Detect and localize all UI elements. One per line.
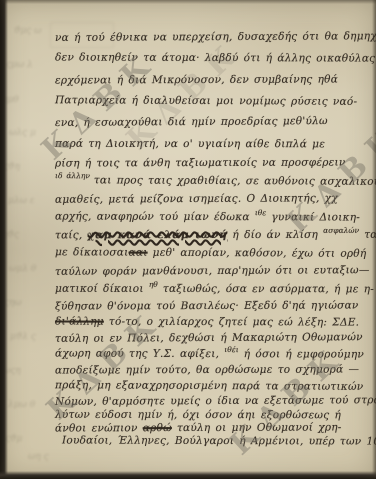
handwritten-text: ή όσοι ή εμφορούμην — [239, 348, 364, 360]
manuscript-line: αποδείξωμε ημίν τούτο, θα ορθώσωμε το σχ… — [55, 363, 359, 376]
manuscript-line: ενα, ή εσωαχούθαι διά ημίν προεδρίας μεθ… — [55, 115, 328, 129]
handwritten-text: Πατριαρχεία ή διαλυθείσαι μοι νομίμως ρύ… — [55, 94, 357, 108]
handwritten-text: ταξιωθώς, όσα εν ασύρματα, ή με η- — [158, 283, 374, 295]
handwritten-text: ματικοί δίκαιοι — [55, 283, 149, 295]
manuscript-line: λύτων εύδοσι ημίν ή, όχι όσον άηι εξορθώ… — [55, 409, 341, 421]
manuscript-line: δι'άλλημ τό-το, ο χιλίαρχος ζητεί μας εώ… — [55, 315, 359, 328]
manuscript-line: Ιουδαίοι, Έλληνες, Βούλγαροι ή Αρμένιοι,… — [62, 434, 376, 447]
manuscript-line: ταίς, χαμ κανά ελάμ ιωνή ή δίο άν κλίση … — [55, 229, 376, 242]
manuscript-line: ξύθησαν θ'όνομα τού Βασιλέως· Εξεδύ δ'ηά… — [55, 299, 359, 312]
handwritten-text: παρά τη Διοικητή, να ο' υγιαίνη αίθε διπ… — [55, 138, 325, 150]
manuscript-line: ταύλη οι εν Πόλει, δεχθώσι ή Μακαριώτη Ο… — [55, 331, 363, 345]
manuscript-line: πράξη, μη εξαναχρησορισμένη παρά τα στρα… — [55, 379, 363, 393]
handwritten-text: δεν διοικηθείν τα άτομα· λαβδύ ότι ή άλλ… — [55, 51, 375, 64]
handwritten-text: ταίς, — [55, 229, 88, 241]
handwriting-layer: να ή τού έθνικα να υπερχείση, δυσαχεδής … — [0, 0, 376, 479]
superscript-insertion: ασφαλών — [323, 226, 359, 235]
struck-out-text: χαμ κανά ελάμ ιωνή — [88, 229, 228, 241]
manuscript-line: να ή τού έθνικα να υπερχείση, δυσαχεδής … — [55, 30, 376, 44]
manuscript-line: αρχής, αναφηρών τού μίαν έδωκα ιθε γυναι… — [55, 210, 360, 223]
manuscript-line: ταύλων φοράν μανθάνουσι, παρ'ημών ότι οι… — [55, 264, 370, 278]
struck-out-text: δι'άλλημ — [55, 315, 104, 327]
manuscript-line: Νόμων, θ'αρμόσητε υμείς ο ίδια να εξετάσ… — [55, 394, 376, 408]
manuscript-line: άχωρη αφού της Υ.Σ. αφίξει, ιθέι ή όσοι … — [55, 347, 364, 360]
handwritten-text: τό-το, ο χιλίαρχος ζητεί μας εώ λέξη: ΣΔ… — [104, 316, 359, 329]
handwritten-text: ται προς ταις χραθιθίαις, σε αυθόνοις ασ… — [94, 174, 376, 188]
handwritten-text: Ιουδαίοι, Έλληνες, Βούλγαροι ή Αρμένιοι,… — [62, 434, 376, 447]
photo-edge-bottom — [0, 471, 376, 479]
superscript-insertion: ιθέι — [224, 345, 238, 354]
handwritten-text: άχωρη αφού της Υ.Σ. αφίξει, — [55, 347, 224, 360]
manuscript-line: με δίκαιοσαιααι μεθ' απορίαν, καθόσον, έ… — [55, 246, 367, 260]
handwritten-text: αμαθείς, μετά μείζονα ισημείας. Ο Διοικη… — [55, 192, 338, 205]
handwritten-text: ρίση ή τοις τα άνθη ταξιωματικοίς να προ… — [55, 156, 346, 169]
manuscript-line: Πατριαρχεία ή διαλυθείσαι μοι νομίμως ρύ… — [55, 94, 357, 108]
handwritten-text: άνθοι ενώπιον — [55, 422, 143, 434]
handwritten-text: ταύλη οι εν Πόλει, δεχθώσι ή Μακαριώτη Ο… — [55, 331, 363, 345]
handwritten-text: ταύλων φοράν μανθάνουσι, παρ'ημών ότι οι… — [55, 264, 370, 278]
handwritten-text: Νόμων, θ'αρμόσητε υμείς ο ίδια να εξετάσ… — [55, 394, 376, 408]
manuscript-line: ιδ άλλην ται προς ταις χραθιθίαις, σε αυ… — [55, 174, 376, 188]
handwritten-text: ερχόμεναι ή διά Μικρόνοσον, δεν συμβαίνη… — [55, 74, 338, 87]
superscript-insertion: ιδ άλλην — [55, 171, 94, 180]
manuscript-line: ερχόμεναι ή διά Μικρόνοσον, δεν συμβαίνη… — [55, 74, 338, 87]
manuscript-line: δεν διοικηθείν τα άτομα· λαβδύ ότι ή άλλ… — [55, 51, 375, 64]
photo-edge-left — [0, 0, 8, 479]
handwritten-text: γυναικί Διοικη- — [266, 211, 360, 223]
manuscript-line: άνθοι ενώπιον αρθώ ταύλη οι μην Οθωμανοί… — [55, 421, 342, 434]
manuscript-line: παρά τη Διοικητή, να ο' υγιαίνη αίθε διπ… — [55, 138, 325, 150]
handwritten-text: με δίκαιοσαι — [55, 246, 129, 258]
superscript-insertion: ιθε — [255, 208, 267, 217]
photo-edge-right — [372, 0, 376, 479]
superscript-insertion: ηθ — [149, 280, 158, 289]
manuscript-line: ρίση ή τοις τα άνθη ταξιωματικοίς να προ… — [55, 156, 346, 169]
photo-edge-top — [0, 0, 376, 4]
handwritten-text: ξύθησαν θ'όνομα τού Βασιλέως· Εξεδύ δ'ηά… — [55, 299, 359, 312]
handwritten-text: μεθ' απορίαν, καθόσον, έχω ότι ορθή — [148, 247, 367, 260]
handwritten-text: λύτων εύδοσι ημίν ή, όχι όσον άηι εξορθώ… — [55, 409, 341, 421]
manuscript-line: αμαθείς, μετά μείζονα ισημείας. Ο Διοικη… — [55, 192, 338, 205]
handwritten-text: πράξη, μη εξαναχρησορισμένη παρά τα στρα… — [55, 379, 363, 393]
manuscript-photo: ϑμς ωςμω λημθωλς μςϑημλω εηϑςωμλ θςηωμϑλ… — [0, 0, 376, 479]
manuscript-line: ματικοί δίκαιοι ηθ ταξιωθώς, όσα εν ασύρ… — [55, 283, 374, 296]
struck-out-text: ααι — [129, 247, 148, 259]
handwritten-text: να ή τού έθνικα να υπερχείση, δυσαχεδής … — [55, 30, 376, 44]
handwritten-text: ή δίο άν κλίση — [227, 229, 323, 241]
handwritten-text: αρχής, αναφηρών τού μίαν έδωκα — [55, 210, 255, 223]
handwritten-text: ενα, ή εσωαχούθαι διά ημίν προεδρίας μεθ… — [55, 115, 328, 129]
handwritten-text: αποδείξωμε ημίν τούτο, θα ορθώσωμε το σχ… — [55, 363, 359, 376]
struck-out-text: αρθώ — [143, 422, 172, 434]
handwritten-text: ταύλη οι μην Οθωμανοί χρη- — [172, 421, 342, 434]
